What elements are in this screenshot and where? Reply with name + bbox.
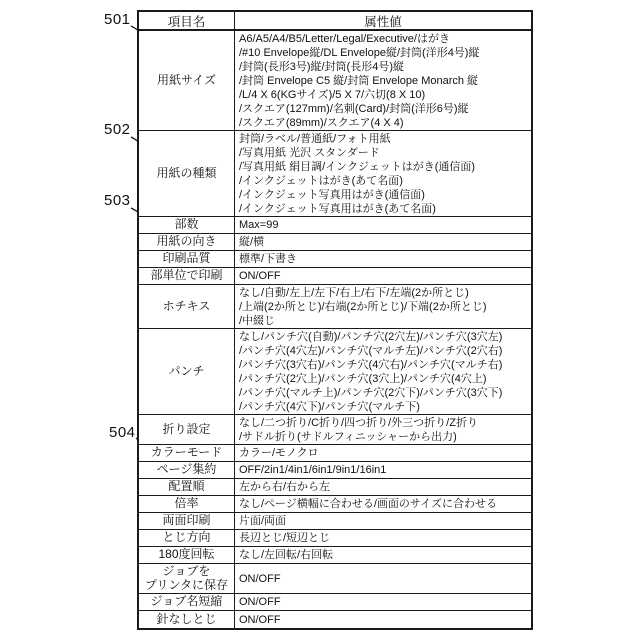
table-row: 折り設定なし/二つ折り/C折り/四つ折り/外三つ折り/Z折り/サドル折り(サドル… [139,415,531,445]
item-name-line: 180度回転 [158,548,214,562]
item-name-line: ホチキス [163,300,211,314]
reference-numeral-504: 504 [109,424,136,441]
attribute-value-line: なし/二つ折り/C折り/四つ折り/外三つ折り/Z折り [239,416,529,430]
attribute-value-line: /写真用紙 光沢 スタンダード [239,146,529,160]
attribute-value-cell: ON/OFF [235,564,531,593]
attribute-value-line: /封筒(長形3号)縦/封筒(長形4号)縦 [239,60,529,74]
attribute-value-line: /パンチ穴(2穴上)/パンチ穴(3穴上)/パンチ穴(4穴上) [239,372,529,386]
attribute-value-cell: OFF/2in1/4in1/6in1/9in1/16in1 [235,462,531,478]
item-name-cell: パンチ [139,329,235,414]
attribute-value-cell: なし/パンチ穴(自動)/パンチ穴(2穴左)/パンチ穴(3穴左)/パンチ穴(4穴左… [235,329,531,414]
attribute-value-line: /スクエア(89mm)/スクエア(4 X 4) [239,116,529,130]
attribute-value-line: /パンチ穴(3穴右)/パンチ穴(4穴右)/パンチ穴(マルチ右) [239,358,529,372]
attribute-value-line: 片面/両面 [239,514,529,528]
item-name-line: 折り設定 [162,423,210,437]
attribute-value-line: /#10 Envelope縦/DL Envelope縦/封筒(洋形4号)縦 [239,46,529,60]
print-settings-attributes-table: 項目名 属性値 用紙サイズA6/A5/A4/B5/Letter/Legal/Ex… [137,10,533,630]
attribute-value-line: /封筒 Envelope C5 縦/封筒 Envelope Monarch 縦 [239,74,529,88]
item-name-line: ページ集約 [157,463,217,477]
table-row: 針なしとじON/OFF [139,611,531,628]
attribute-value-line: /上端(2か所とじ)/右端(2か所とじ)/下端(2か所とじ) [239,300,529,314]
item-name-cell: ジョブ名短縮 [139,594,235,610]
table-row: ジョブ名短縮ON/OFF [139,594,531,611]
item-name-cell: 部単位で印刷 [139,268,235,284]
attribute-value-line: なし/ページ横幅に合わせる/画面のサイズに合わせる [239,497,529,511]
attribute-value-line: /スクエア(127mm)/名刺(Card)/封筒(洋形6号)縦 [239,102,529,116]
attribute-value-line: 封筒/ラベル/普通紙/フォト用紙 [239,132,529,146]
attribute-value-cell: 左から右/右から左 [235,479,531,495]
document-page: 501 502 503 504 項目名 属性値 用紙サイズA6/A5/A4/B5… [0,0,640,640]
attribute-value-cell: 封筒/ラベル/普通紙/フォト用紙/写真用紙 光沢 スタンダード/写真用紙 絹目調… [235,131,531,216]
item-name-line: 印刷品質 [162,252,210,266]
attribute-value-line: /L/4 X 6(KGサイズ)/5 X 7/六切(8 X 10) [239,88,529,102]
table-row: パンチなし/パンチ穴(自動)/パンチ穴(2穴左)/パンチ穴(3穴左)/パンチ穴(… [139,329,531,415]
item-name-line: 倍率 [174,497,198,511]
table-row: 部単位で印刷ON/OFF [139,268,531,285]
attribute-value-line: なし/パンチ穴(自動)/パンチ穴(2穴左)/パンチ穴(3穴左) [239,330,529,344]
item-name-cell: 180度回転 [139,547,235,563]
attribute-value-line: ON/OFF [239,269,529,283]
item-name-cell: 折り設定 [139,415,235,444]
attribute-value-line: ON/OFF [239,572,529,586]
item-name-cell: 用紙サイズ [139,31,235,130]
item-name-line: 部単位で印刷 [150,269,222,283]
attribute-value-line: ON/OFF [239,613,529,627]
reference-numeral-502: 502 [104,121,131,138]
attribute-value-line: A6/A5/A4/B5/Letter/Legal/Executive/はがき [239,32,529,46]
attribute-value-line: /インクジェットはがき(あて名面) [239,174,529,188]
table-row: 印刷品質標準/下書き [139,251,531,268]
table-row: とじ方向長辺とじ/短辺とじ [139,530,531,547]
attribute-value-cell: なし/自動/左上/左下/右上/右下/左端(2か所とじ)/上端(2か所とじ)/右端… [235,285,531,328]
attribute-value-cell: カラー/モノクロ [235,445,531,461]
attribute-value-line: 標準/下書き [239,252,529,266]
attribute-value-line: Max=99 [239,218,529,232]
item-name-cell: 部数 [139,217,235,233]
item-name-cell: とじ方向 [139,530,235,546]
item-name-cell: 両面印刷 [139,513,235,529]
table-header-row: 項目名 属性値 [139,12,531,31]
attribute-value-cell: ON/OFF [235,611,531,628]
attribute-value-line: ON/OFF [239,595,529,609]
attribute-value-line: /写真用紙 絹目調/インクジェットはがき(通信面) [239,160,529,174]
table-row: ホチキスなし/自動/左上/左下/右上/右下/左端(2か所とじ)/上端(2か所とじ… [139,285,531,329]
attribute-value-line: OFF/2in1/4in1/6in1/9in1/16in1 [239,463,529,477]
attribute-value-line: /パンチ穴(4穴左)/パンチ穴(マルチ左)/パンチ穴(2穴右) [239,344,529,358]
item-name-cell: 針なしとじ [139,611,235,628]
item-name-line: ジョブを [163,565,211,579]
attribute-value-cell: 片面/両面 [235,513,531,529]
table-row: ページ集約OFF/2in1/4in1/6in1/9in1/16in1 [139,462,531,479]
attribute-value-line: /パンチ穴(マルチ上)/パンチ穴(2穴下)/パンチ穴(3穴下) [239,386,529,400]
item-name-line: カラーモード [151,446,223,460]
attribute-value-line: なし/左回転/右回転 [239,548,529,562]
item-name-cell: 印刷品質 [139,251,235,267]
item-name-header: 項目名 [139,12,235,29]
attribute-value-line: /サドル折り(サドルフィニッシャーから出力) [239,430,529,444]
attribute-value-line: /インクジェット写真用はがき(通信面) [239,188,529,202]
table-row: 用紙サイズA6/A5/A4/B5/Letter/Legal/Executive/… [139,31,531,131]
item-name-line: ジョブ名短縮 [151,595,223,609]
item-name-cell: 配置順 [139,479,235,495]
table-row: 配置順左から右/右から左 [139,479,531,496]
item-name-cell: ホチキス [139,285,235,328]
attribute-value-cell: なし/左回転/右回転 [235,547,531,563]
attribute-value-cell: A6/A5/A4/B5/Letter/Legal/Executive/はがき/#… [235,31,531,130]
attribute-value-line: 長辺とじ/短辺とじ [239,531,529,545]
attribute-value-cell: ON/OFF [235,268,531,284]
table-row: 倍率なし/ページ横幅に合わせる/画面のサイズに合わせる [139,496,531,513]
attribute-value-line: /インクジェット写真用はがき(あて名面) [239,202,529,216]
item-name-line: 両面印刷 [162,514,210,528]
item-name-cell: ページ集約 [139,462,235,478]
attribute-value-line: /中綴じ [239,314,529,328]
reference-numeral-503: 503 [104,192,131,209]
table-row: カラーモードカラー/モノクロ [139,445,531,462]
table-row: ジョブをプリンタに保存ON/OFF [139,564,531,594]
attribute-value-line: 縦/横 [239,235,529,249]
item-name-line: 部数 [174,218,198,232]
table-row: 用紙の向き縦/横 [139,234,531,251]
attribute-value-cell: 長辺とじ/短辺とじ [235,530,531,546]
reference-numeral-501: 501 [104,11,131,28]
item-name-cell: カラーモード [139,445,235,461]
item-name-line: 用紙の種類 [156,167,216,181]
attribute-value-cell: なし/二つ折り/C折り/四つ折り/外三つ折り/Z折り/サドル折り(サドルフィニッ… [235,415,531,444]
table-row: 両面印刷片面/両面 [139,513,531,530]
attribute-value-cell: なし/ページ横幅に合わせる/画面のサイズに合わせる [235,496,531,512]
item-name-line: 用紙の向き [156,235,216,249]
table-rows: 用紙サイズA6/A5/A4/B5/Letter/Legal/Executive/… [139,31,531,628]
item-name-cell: 倍率 [139,496,235,512]
attribute-value-cell: 縦/横 [235,234,531,250]
item-name-line: パンチ [168,365,204,379]
item-name-line: 配置順 [168,480,204,494]
table-row: 用紙の種類封筒/ラベル/普通紙/フォト用紙/写真用紙 光沢 スタンダード/写真用… [139,131,531,217]
item-name-cell: 用紙の種類 [139,131,235,216]
attribute-value-line: 左から右/右から左 [239,480,529,494]
table-row: 部数Max=99 [139,217,531,234]
attribute-value-line: /パンチ穴(4穴下)/パンチ穴(マルチ下) [239,400,529,414]
attribute-value-line: なし/自動/左上/左下/右上/右下/左端(2か所とじ) [239,286,529,300]
item-name-cell: 用紙の向き [139,234,235,250]
attribute-value-header: 属性値 [235,12,531,29]
attribute-value-line: カラー/モノクロ [239,446,529,460]
item-name-line: 針なしとじ [156,613,216,627]
attribute-value-cell: Max=99 [235,217,531,233]
table-row: 180度回転なし/左回転/右回転 [139,547,531,564]
attribute-value-cell: ON/OFF [235,594,531,610]
item-name-cell: ジョブをプリンタに保存 [139,564,235,593]
item-name-line: 用紙サイズ [157,74,216,88]
attribute-value-cell: 標準/下書き [235,251,531,267]
item-name-line: プリンタに保存 [145,579,228,593]
item-name-line: とじ方向 [162,531,210,545]
